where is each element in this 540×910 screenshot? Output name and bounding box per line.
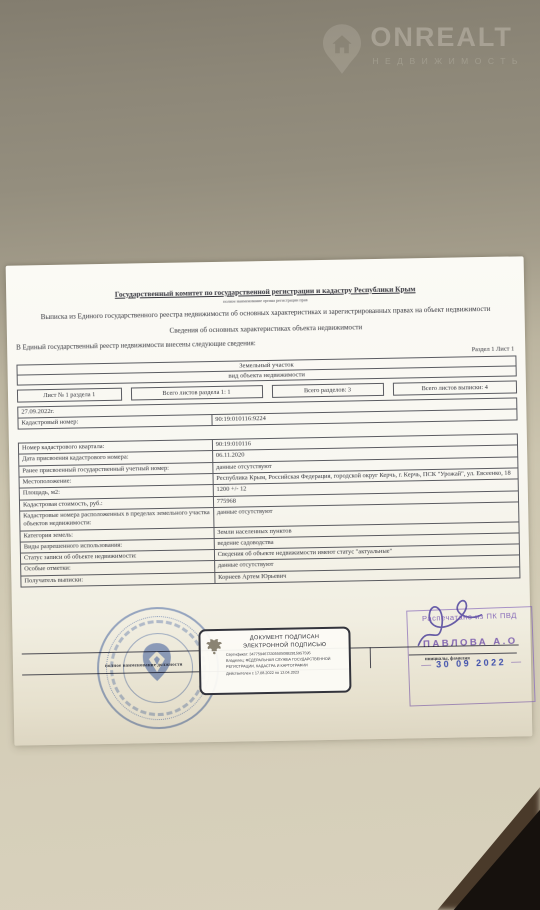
signature-block: полное наименование должности инициалы, …	[6, 256, 533, 745]
rosreestr-emblem-icon	[140, 642, 175, 683]
watermark-brand: ONREALT	[370, 24, 524, 51]
esign-owner: Владелец: ФЕДЕРАЛЬНАЯ СЛУЖБА ГОСУДАРСТВЕ…	[226, 657, 344, 670]
document-sheet: Государственный комитет по государственн…	[6, 256, 533, 745]
esign-title-line2: ЭЛЕКТРОННОЙ ПОДПИСЬЮ	[226, 641, 344, 651]
coat-of-arms-icon	[206, 638, 223, 655]
signature-divider	[370, 647, 371, 668]
pvd-date-stamp: 30 09 2022	[409, 656, 533, 670]
location-pin-house-icon	[323, 24, 361, 74]
pvd-print-stamp: Распечатано из ПК ПВД ПАВЛОВА А.О 30 09 …	[406, 606, 535, 706]
onrealt-watermark: ONREALT НЕДВИЖИМОСТЬ	[323, 24, 524, 74]
esign-validity: Действителен с 17.08.2022 по 13.04.2023	[226, 669, 344, 676]
watermark-tagline: НЕДВИЖИМОСТЬ	[372, 56, 524, 66]
electronic-signature-stamp: ДОКУМЕНТ ПОДПИСАН ЭЛЕКТРОННОЙ ПОДПИСЬЮ С…	[198, 627, 351, 696]
